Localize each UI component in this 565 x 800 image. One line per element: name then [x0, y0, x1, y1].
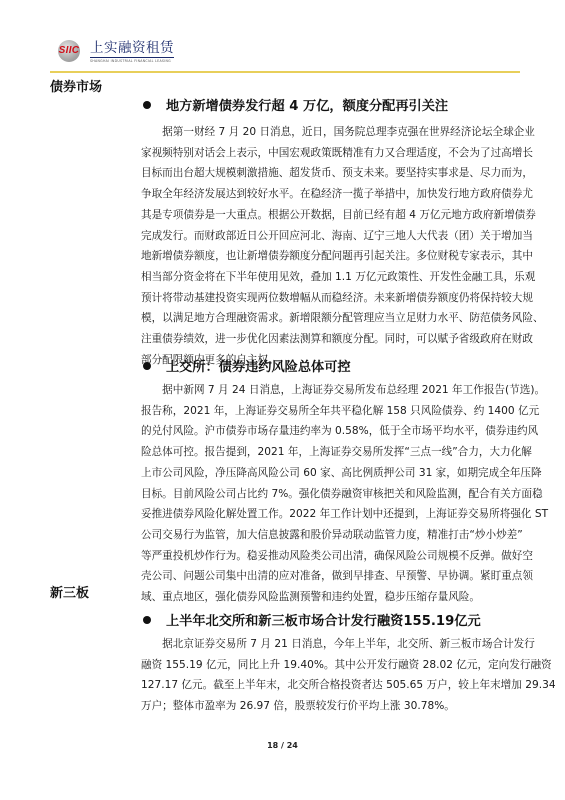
- page-number: 18 / 24: [0, 741, 565, 750]
- text-line: 目标。目前风险公司占比约 7%。强化债券融资审核把关和风险监测，配合有关方面稳: [141, 484, 545, 505]
- company-name-cn: 上实融资租赁: [90, 40, 174, 58]
- article-body: 据中新网 7 月 24 日消息，上海证券交易所发布总经理 2021 年工作报告(…: [141, 380, 545, 608]
- text-line: 预计将带动基建投资实现两位数增幅从而稳经济。未来新增债券额度仍将保持较大规: [141, 288, 545, 309]
- text-line: 的兑付风险。沪市债券市场存量违约率为 0.58%，低于全市场平均水平，债券违约风: [141, 421, 545, 442]
- article-headline: 地方新增债券发行超 4 万亿，额度分配再引关注: [143, 95, 448, 114]
- headline-text: 上交所：债券违约风险总体可控: [166, 356, 351, 375]
- text-line: 其是专项债券是一大重点。根据公开数据，目前已经有超 4 万亿元地方政府新增债券: [141, 205, 545, 226]
- text-line: 据中新网 7 月 24 日消息，上海证券交易所发布总经理 2021 年工作报告(…: [141, 380, 545, 401]
- text-line: 地新增债券额度，也让新增债券额度分配问题再引起关注。多位财税专家表示，其中: [141, 246, 545, 267]
- text-line: 完成发行。而财政部近日公开回应河北、海南、辽宁三地人大代表（团）关于增加当: [141, 226, 545, 247]
- headline-text: 地方新增债券发行超 4 万亿，额度分配再引关注: [166, 95, 448, 114]
- text-line: 127.17 亿元。截至上半年末，北交所合格投资者达 505.65 万户，较上年…: [141, 675, 545, 696]
- text-line: 上市公司风险，净压降高风险公司 60 家、高比例质押公司 31 家，如期完成全年…: [141, 463, 545, 484]
- headline-text: 上半年北交所和新三板市场合计发行融资155.19亿元: [166, 610, 481, 629]
- text-line: 据北京证券交易所 7 月 21 日消息，今年上半年，北交所、新三板市场合计发行: [141, 634, 545, 655]
- bullet-icon: [143, 616, 151, 624]
- logo-text: 上实融资租赁 SHANGHAI INDUSTRIAL FINANCIAL LEA…: [90, 40, 174, 63]
- bullet-icon: [143, 101, 151, 109]
- document-header: SIIC 上实融资租赁 SHANGHAI INDUSTRIAL FINANCIA…: [52, 38, 174, 64]
- section-title-bond-market: 债券市场: [50, 76, 102, 95]
- text-line: 目标而出台超大规模刺激措施、超发货币、预支未来。要坚持实事求是、尽力而为，: [141, 163, 545, 184]
- text-line: 注重债券绩效，进一步优化因素法测算和额度分配。同时，可以赋予省级政府在财政: [141, 329, 545, 350]
- text-line: 万户；整体市盈率为 26.97 倍，股票较发行价平均上涨 30.78%。: [141, 696, 545, 717]
- text-line: 险总体可控。报告提到，2021 年，上海证券交易所发挥“三点一线”合力，大力化解: [141, 442, 545, 463]
- text-line: 融资 155.19 亿元，同比上升 19.40%。其中公开发行融资 28.02 …: [141, 655, 545, 676]
- text-line: 域、重点地区，强化债券风险监测预警和违约处置，稳步压缩存量风险。: [141, 587, 545, 608]
- text-line: 相当部分资金将在下半年使用见效，叠加 1.1 万亿元政策性、开发性金融工具，乐观: [141, 267, 545, 288]
- article-body: 据北京证券交易所 7 月 21 日消息，今年上半年，北交所、新三板市场合计发行 …: [141, 634, 545, 717]
- text-line: 报告称，2021 年，上海证券交易所全年共平稳化解 158 只风险债券、约 14…: [141, 401, 545, 422]
- text-line: 模，以满足地方合理融资需求。新增限额分配管理应当立足财力水平、防范债务风险、: [141, 308, 545, 329]
- article-body: 据第一财经 7 月 20 日消息，近日，国务院总理李克强在世界经济论坛全球企业 …: [141, 122, 545, 370]
- article-headline: 上交所：债券违约风险总体可控: [143, 356, 351, 375]
- section-title-neeq: 新三板: [50, 582, 89, 601]
- logo-letters: SIIC: [52, 45, 86, 56]
- company-name-en: SHANGHAI INDUSTRIAL FINANCIAL LEASING: [90, 59, 174, 63]
- article-headline: 上半年北交所和新三板市场合计发行融资155.19亿元: [143, 610, 481, 629]
- text-line: 据第一财经 7 月 20 日消息，近日，国务院总理李克强在世界经济论坛全球企业: [141, 122, 545, 143]
- text-line: 壳公司、问题公司集中出清的应对准备，做到早排查、早预警、早协调。紧盯重点领: [141, 566, 545, 587]
- bullet-icon: [143, 362, 151, 370]
- text-line: 家视频特别对话会上表示，中国宏观政策既精准有力又合理适度，不会为了过高增长: [141, 143, 545, 164]
- text-line: 等严重投机炒作行为。稳妥推动风险类公司出清，确保风险公司规模不反弹。做好空: [141, 546, 545, 567]
- header-divider: [50, 71, 520, 73]
- company-logo-icon: SIIC: [52, 40, 86, 62]
- text-line: 公司交易行为监管，加大信息披露和股价异动联动监管力度，精准打击“炒小炒差”: [141, 525, 545, 546]
- text-line: 妥推进债券风险化解处置工作。2022 年工作计划中还提到，上海证券交易所将强化 …: [141, 504, 545, 525]
- text-line: 争取全年经济发展达到较好水平。在稳经济一揽子举措中，加快发行地方政府债券尤: [141, 184, 545, 205]
